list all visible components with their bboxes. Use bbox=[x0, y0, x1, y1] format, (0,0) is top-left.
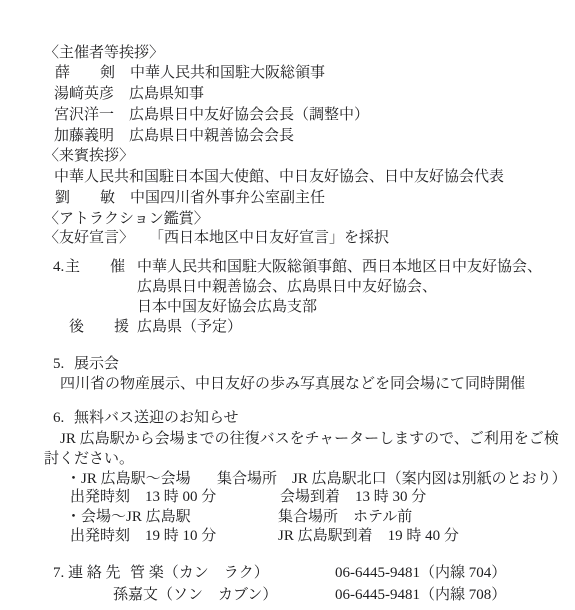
bus-route2-times: 出発時刻 19 時 10 分 JR 広島駅到着 19 時 40 分 bbox=[70, 527, 85, 545]
section-number: 6. bbox=[53, 409, 64, 427]
bus-intro-line: JR 広島駅から会場までの往復バスをチャーターしますので、ご利用をご検 bbox=[60, 430, 559, 448]
bus-route1-departure: 出発時刻 13 時 00 分 bbox=[70, 488, 216, 506]
contact-phone: 06-6445-9481（内線 704） bbox=[335, 564, 506, 582]
bus-title: 無料バス送迎のお知らせ bbox=[74, 409, 239, 427]
organizer-line: 中華人民共和国駐大阪総領事館、西日本地区日中友好協会、 bbox=[137, 258, 542, 276]
host-greeting-item: 宮沢洋一 広島県日中友好協会会長（調整中） bbox=[54, 106, 369, 124]
host-greeting-item: 加藤義明 広島県日中親善協会会長 bbox=[54, 127, 294, 145]
guest-organizations-line: 中華人民共和国駐日本国大使館、中日友好協会、日中友好協会代表 bbox=[54, 168, 504, 186]
program-declaration-line: 〈友好宣言〉 「西日本地区中日友好宣言」を採択 bbox=[44, 229, 389, 247]
guest-person-line: 劉 敏 中国四川省外事弁公室副主任 bbox=[55, 189, 325, 207]
program-attraction-header: 〈アトラクション鑑賞〉 bbox=[44, 210, 209, 228]
bus-route1-meeting: 集合場所 JR 広島駅北口（案内図は別紙のとおり） bbox=[217, 470, 567, 488]
contact-name: 孫嘉文（ソン カブン） bbox=[113, 586, 277, 604]
contact-name: 管 楽（カン ラク） bbox=[130, 564, 269, 582]
bus-route2-departure: 出発時刻 19 時 10 分 bbox=[70, 527, 216, 545]
bus-route2-meeting: 集合場所 ホテル前 bbox=[278, 508, 412, 526]
section-number: 7. bbox=[53, 564, 64, 582]
bus-route1-arrival: 会場到着 13 時 30 分 bbox=[280, 488, 426, 506]
exhibition-body: 四川省の物産展示、中日友好の歩み写真展などを同会場にて同時開催 bbox=[60, 375, 525, 393]
exhibition-title: 展示会 bbox=[74, 355, 119, 373]
host-greeting-item: 湯﨑英彦 広島県知事 bbox=[54, 85, 204, 103]
program-host-greetings-header: 〈主催者等挨拶〉 bbox=[44, 44, 164, 62]
bus-route1-name: ・JR 広島駅～会場 bbox=[66, 470, 191, 488]
bus-route1-line: ・JR 広島駅～会場 集合場所 JR 広島駅北口（案内図は別紙のとおり） bbox=[66, 470, 81, 488]
event-notice-document: 〈主催者等挨拶〉 薛 剣 中華人民共和国駐大阪総領事 湯﨑英彦 広島県知事 宮沢… bbox=[0, 0, 575, 610]
support-value: 広島県（予定） bbox=[137, 318, 242, 336]
program-guest-greetings-header: 〈来賓挨拶〉 bbox=[44, 147, 134, 165]
organizer-section-first-line: 4. 主 催 中華人民共和国駐大阪総領事館、西日本地区日中友好協会、 bbox=[53, 258, 68, 276]
section-number: 5. bbox=[53, 355, 64, 373]
contact-line: 孫嘉文（ソン カブン） 06-6445-9481（内線 708） bbox=[113, 586, 128, 604]
bus-intro-line: 討ください。 bbox=[44, 450, 134, 468]
organizer-line: 広島県日中親善協会、広島県日中友好協会、 bbox=[137, 278, 437, 296]
contact-phone: 06-6445-9481（内線 708） bbox=[335, 586, 506, 604]
contact-label: 連 絡 先 bbox=[68, 564, 121, 582]
support-label: 後 援 bbox=[69, 318, 129, 336]
contact-line: 7. 連 絡 先 管 楽（カン ラク） 06-6445-9481（内線 704） bbox=[53, 564, 68, 582]
organizer-label: 主 催 bbox=[65, 258, 125, 276]
bus-route1-times: 出発時刻 13 時 00 分 会場到着 13 時 30 分 bbox=[70, 488, 85, 506]
support-line: 後 援 広島県（予定） bbox=[69, 318, 84, 336]
exhibition-section-heading: 5. 展示会 bbox=[53, 355, 68, 373]
organizer-line: 日本中国友好協会広島支部 bbox=[137, 298, 317, 316]
bus-section-heading: 6. 無料バス送迎のお知らせ bbox=[53, 409, 68, 427]
host-greeting-item: 薛 剣 中華人民共和国駐大阪総領事 bbox=[55, 64, 325, 82]
bus-route2-arrival: JR 広島駅到着 19 時 40 分 bbox=[278, 527, 459, 545]
section-number: 4. bbox=[53, 258, 64, 276]
bus-route2-name: ・会場～JR 広島駅 bbox=[66, 508, 191, 526]
bus-route2-line: ・会場～JR 広島駅 集合場所 ホテル前 bbox=[66, 508, 81, 526]
